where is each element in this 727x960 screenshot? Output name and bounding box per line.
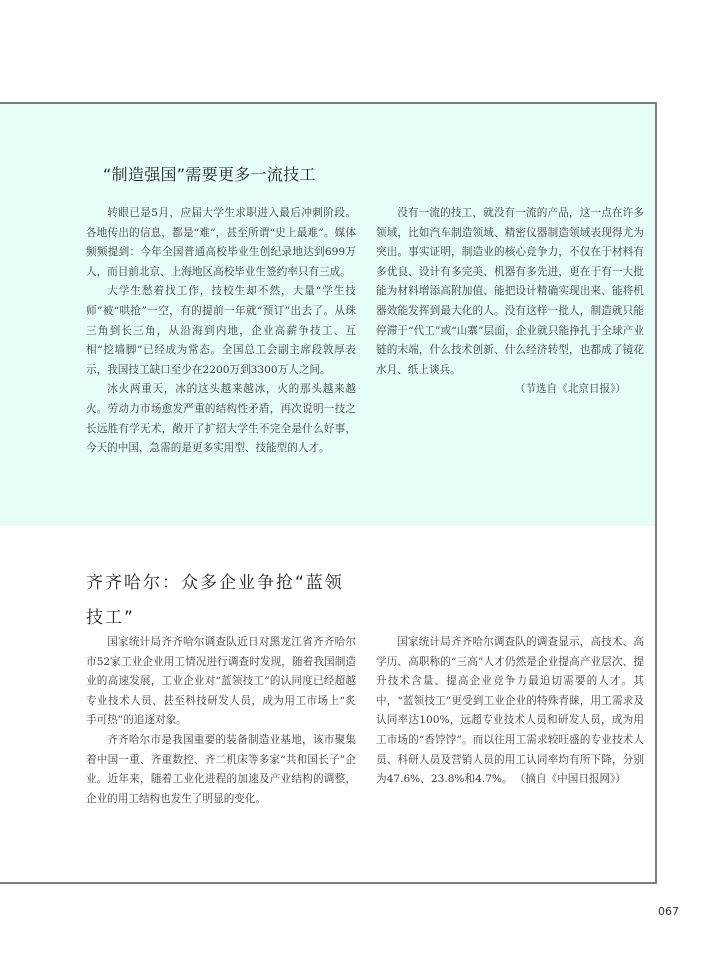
article1-paragraph: 转眼已是5月，应届大学生求职进入最后冲刺阶段。各地传出的信息，都是“难”，甚至所… [86,204,356,282]
article2-left-column: 国家统计局齐齐哈尔调查队近日对黑龙江省齐齐哈尔市52家工业企业用工情况进行调查时… [86,633,356,809]
article2-title-line2: 技工” [86,608,135,628]
article1-paragraph: 冰火两重天，冰的这头越来越冰，火的那头越来越火。劳动力市场愈发严重的结构性矛盾，… [86,380,356,458]
article2-paragraph: 齐齐哈尔市是我国重要的装备制造业基地，该市聚集着中国一重、齐重数控、齐二机床等多… [86,731,356,809]
article2-paragraph: 国家统计局齐齐哈尔调查队的调查显示，高技术、高学历、高职称的“三高”人才仍然是企… [376,633,644,790]
page-frame: “制造强国”需要更多一流技工 转眼已是5月，应届大学生求职进入最后冲刺阶段。各地… [0,102,657,884]
article2-title: 齐齐哈尔：众多企业争抢“蓝领 技工” [86,566,386,636]
page-number: 067 [658,905,679,918]
article1-right-column: 没有一流的技工，就没有一流的产品，这一点在许多领域，比如汽车制造领域、精密仪器制… [376,204,644,400]
article1-paragraph: 大学生愁着找工作，技校生却不然，大量“学生技师”被“哄抢”一空，有的提前一年就“… [86,282,356,380]
article1-source: （节选自《北京日报》） [376,380,644,400]
article2-title-line1: 齐齐哈尔：众多企业争抢“蓝领 [86,573,344,593]
article1-title: “制造强国”需要更多一流技工 [103,162,316,185]
article1-paragraph: 没有一流的技工，就没有一流的产品，这一点在许多领域，比如汽车制造领域、精密仪器制… [376,204,644,380]
article1-left-column: 转眼已是5月，应届大学生求职进入最后冲刺阶段。各地传出的信息，都是“难”，甚至所… [86,204,356,459]
article2-right-column: 国家统计局齐齐哈尔调查队的调查显示，高技术、高学历、高职称的“三高”人才仍然是企… [376,633,644,790]
article2-paragraph: 国家统计局齐齐哈尔调查队近日对黑龙江省齐齐哈尔市52家工业企业用工情况进行调查时… [86,633,356,731]
